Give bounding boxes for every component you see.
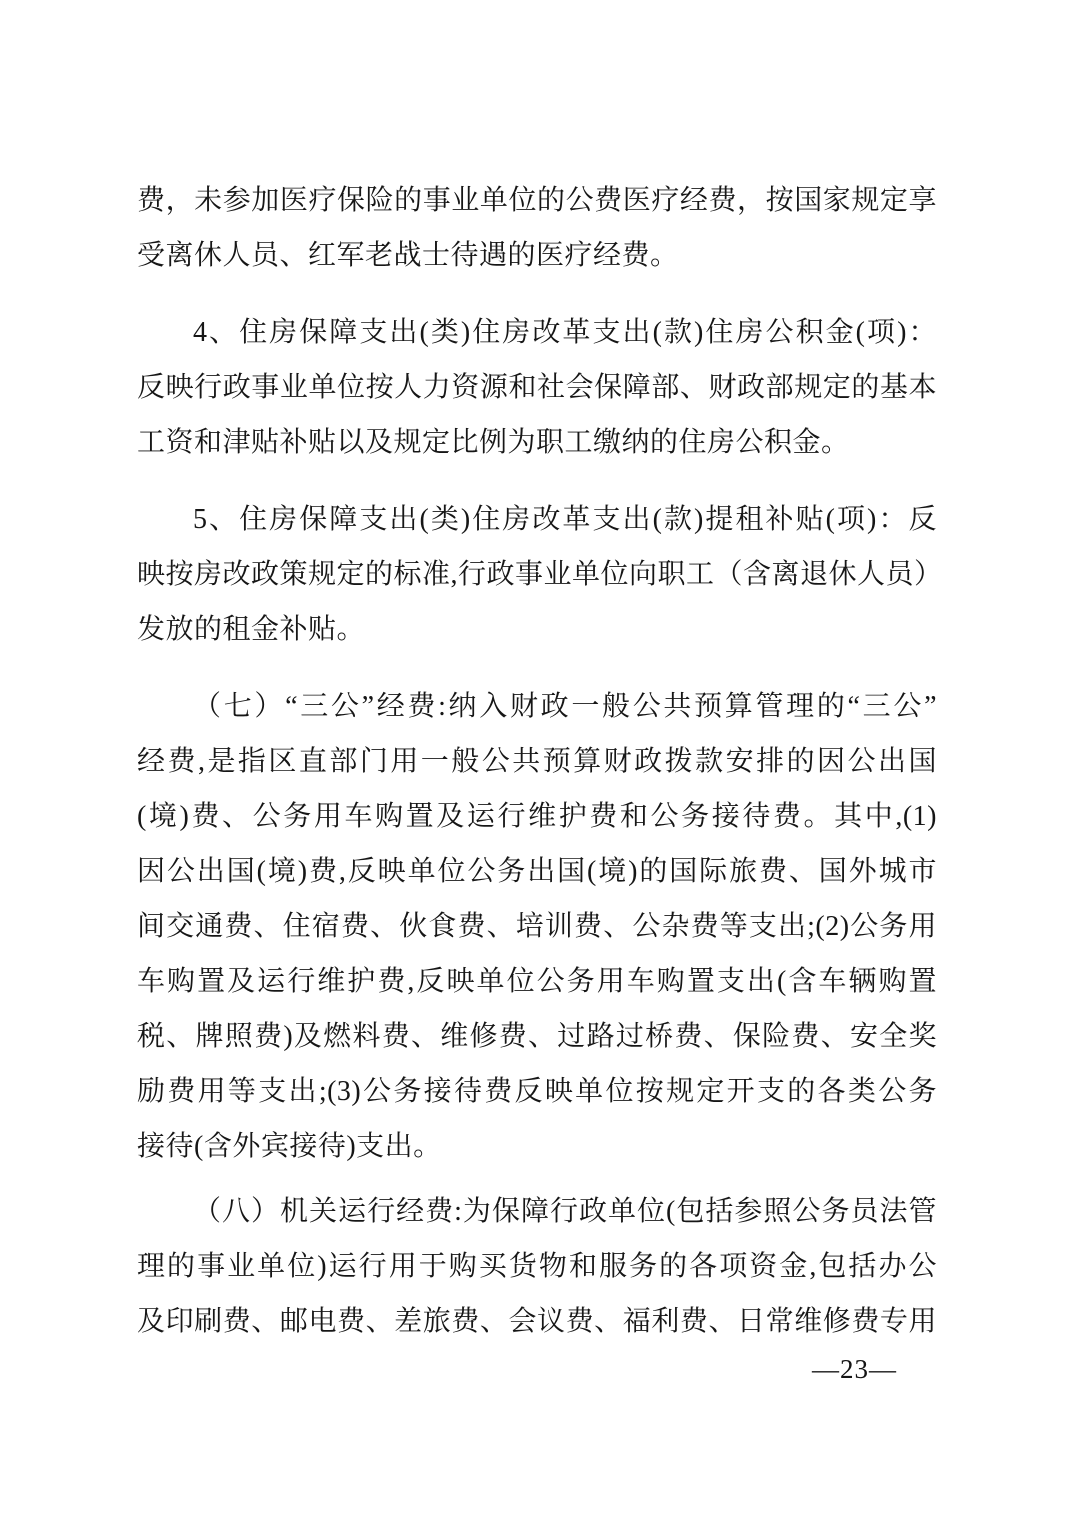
text-line: 及印刷费、邮电费、差旅费、会议费、福利费、日常维修费专用 (137, 1294, 937, 1349)
text-line: 理的事业单位)运行用于购买货物和服务的各项资金,包括办公 (137, 1239, 937, 1294)
document-page: 费，未参加医疗保险的事业单位的公费医疗经费，按国家规定享 受离休人员、红军老战士… (0, 0, 1074, 1520)
text-line: 励费用等支出;(3)公务接待费反映单位按规定开支的各类公务 (137, 1064, 937, 1119)
text-line: 工资和津贴补贴以及规定比例为职工缴纳的住房公积金。 (137, 415, 937, 470)
text-block: 费，未参加医疗保险的事业单位的公费医疗经费，按国家规定享 受离休人员、红军老战士… (137, 173, 937, 1349)
text-line: (境)费、公务用车购置及运行维护费和公务接待费。其中,(1) (137, 789, 937, 844)
text-line: 经费,是指区直部门用一般公共预算财政拨款安排的因公出国 (137, 734, 937, 789)
text-line: 发放的租金补贴。 (137, 602, 937, 657)
page-number: —23— (812, 1352, 897, 1386)
paragraph-seven-sangong-funds: （七）“三公”经费:纳入财政一般公共预算管理的“三公” 经费,是指区直部门用一般… (137, 679, 937, 1174)
text-line: （八）机关运行经费:为保障行政单位(包括参照公务员法管 (137, 1184, 937, 1239)
paragraph-medical-expense-continuation: 费，未参加医疗保险的事业单位的公费医疗经费，按国家规定享 受离休人员、红军老战士… (137, 173, 937, 283)
paragraph-item-4-housing-fund: 4、住房保障支出(类)住房改革支出(款)住房公积金(项)： 反映行政事业单位按人… (137, 305, 937, 470)
text-line: 4、住房保障支出(类)住房改革支出(款)住房公积金(项)： (137, 305, 937, 360)
text-line: 因公出国(境)费,反映单位公务出国(境)的国际旅费、国外城市 (137, 844, 937, 899)
text-line: （七）“三公”经费:纳入财政一般公共预算管理的“三公” (137, 679, 937, 734)
text-line: 接待(含外宾接待)支出。 (137, 1119, 937, 1174)
text-line: 5、住房保障支出(类)住房改革支出(款)提租补贴(项)：反 (137, 492, 937, 547)
paragraph-eight-agency-operating-funds: （八）机关运行经费:为保障行政单位(包括参照公务员法管 理的事业单位)运行用于购… (137, 1184, 937, 1349)
text-line: 间交通费、住宿费、伙食费、培训费、公杂费等支出;(2)公务用 (137, 899, 937, 954)
text-line: 反映行政事业单位按人力资源和社会保障部、财政部规定的基本 (137, 360, 937, 415)
text-line: 费，未参加医疗保险的事业单位的公费医疗经费，按国家规定享 (137, 173, 937, 228)
text-line: 车购置及运行维护费,反映单位公务用车购置支出(含车辆购置 (137, 954, 937, 1009)
text-line: 税、牌照费)及燃料费、维修费、过路过桥费、保险费、安全奖 (137, 1009, 937, 1064)
text-line: 受离休人员、红军老战士待遇的医疗经费。 (137, 228, 937, 283)
text-line: 映按房改政策规定的标准,行政事业单位向职工（含离退休人员） (137, 547, 937, 602)
paragraph-item-5-rent-subsidy: 5、住房保障支出(类)住房改革支出(款)提租补贴(项)：反 映按房改政策规定的标… (137, 492, 937, 657)
